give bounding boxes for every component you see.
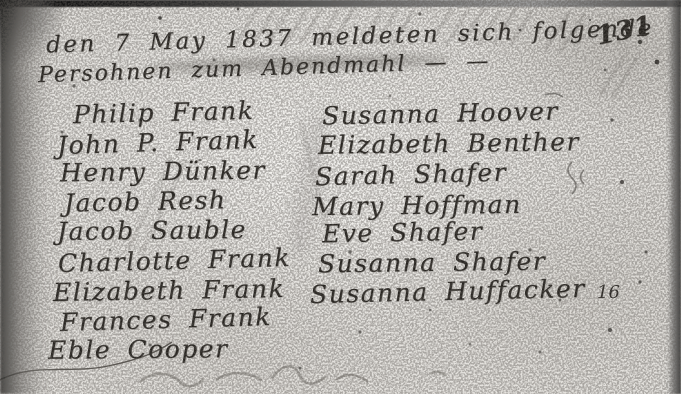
register-row: Philip Frank Susanna Hoover (0, 98, 681, 128)
register-row: Eble Cooper (0, 335, 681, 365)
register-row: John P. Frank Elizabeth Benther (0, 128, 681, 158)
left-column-name: John P. Frank (57, 124, 260, 159)
register-row: Jacob Sauble Eve Shafer (0, 216, 681, 246)
register-row: Elizabeth Frank Susanna Huffacker 16 (0, 276, 681, 306)
right-column-name: Eve Shafer (322, 217, 484, 249)
left-column-name: Jacob Resh (64, 185, 227, 217)
left-column-name: Frances Frank (60, 302, 273, 337)
left-column-name: Eble Cooper (48, 334, 229, 365)
right-column-name: Elizabeth Benther (318, 127, 580, 160)
register-row: Jacob Resh Mary Hoffman (0, 187, 681, 217)
right-column-name: Susanna Hoover (322, 97, 559, 131)
register-row: Henry Dünker Sarah Shafer (0, 157, 681, 187)
age-note: 16 (597, 282, 620, 303)
right-column-name: Susanna Shafer (318, 247, 546, 279)
register-row: Frances Frank (0, 305, 681, 335)
left-column-name: Henry Dünker (60, 156, 266, 188)
scanned-register-page: den 7 May 1837 meldeten sich folgende 13… (0, 0, 681, 394)
scan-edge-top (0, 0, 681, 7)
left-column-name: Philip Frank (73, 96, 255, 129)
left-column-name: Jacob Sauble (57, 215, 247, 246)
register-row: Charlotte Frank Susanna Shafer (0, 246, 681, 276)
left-column-name: Charlotte Frank (58, 243, 292, 278)
name-register: Philip Frank Susanna Hoover John P. Fran… (0, 98, 681, 364)
right-column-name: Susanna Huffacker (310, 273, 586, 308)
